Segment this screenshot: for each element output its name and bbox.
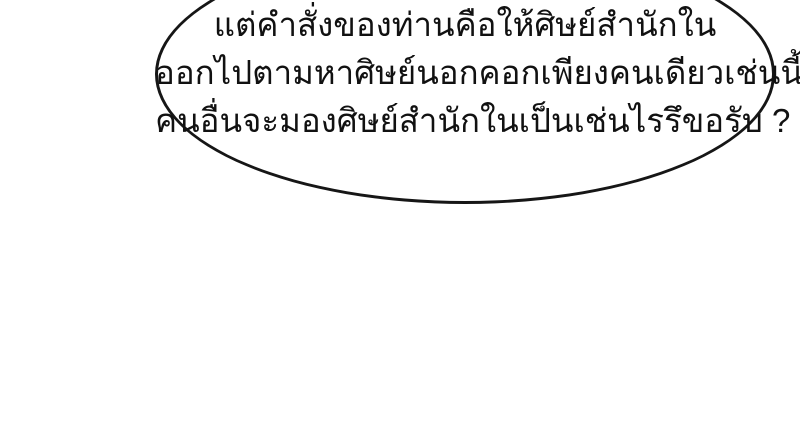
speech-line-2: ออกไปตามหาศิษย์นอกคอกเพียงคนเดียวเช่นนี้ [155, 49, 775, 97]
speech-bubble-text: แต่คำสั่งของท่านคือให้ศิษย์สำนักใน ออกไป… [155, 1, 775, 145]
speech-line-1: แต่คำสั่งของท่านคือให้ศิษย์สำนักใน [155, 1, 775, 49]
comic-panel: แต่คำสั่งของท่านคือให้ศิษย์สำนักใน ออกไป… [0, 0, 800, 446]
speech-line-3: คนอื่นจะมองศิษย์สำนักในเป็นเช่นไรรึขอรับ… [155, 97, 775, 145]
